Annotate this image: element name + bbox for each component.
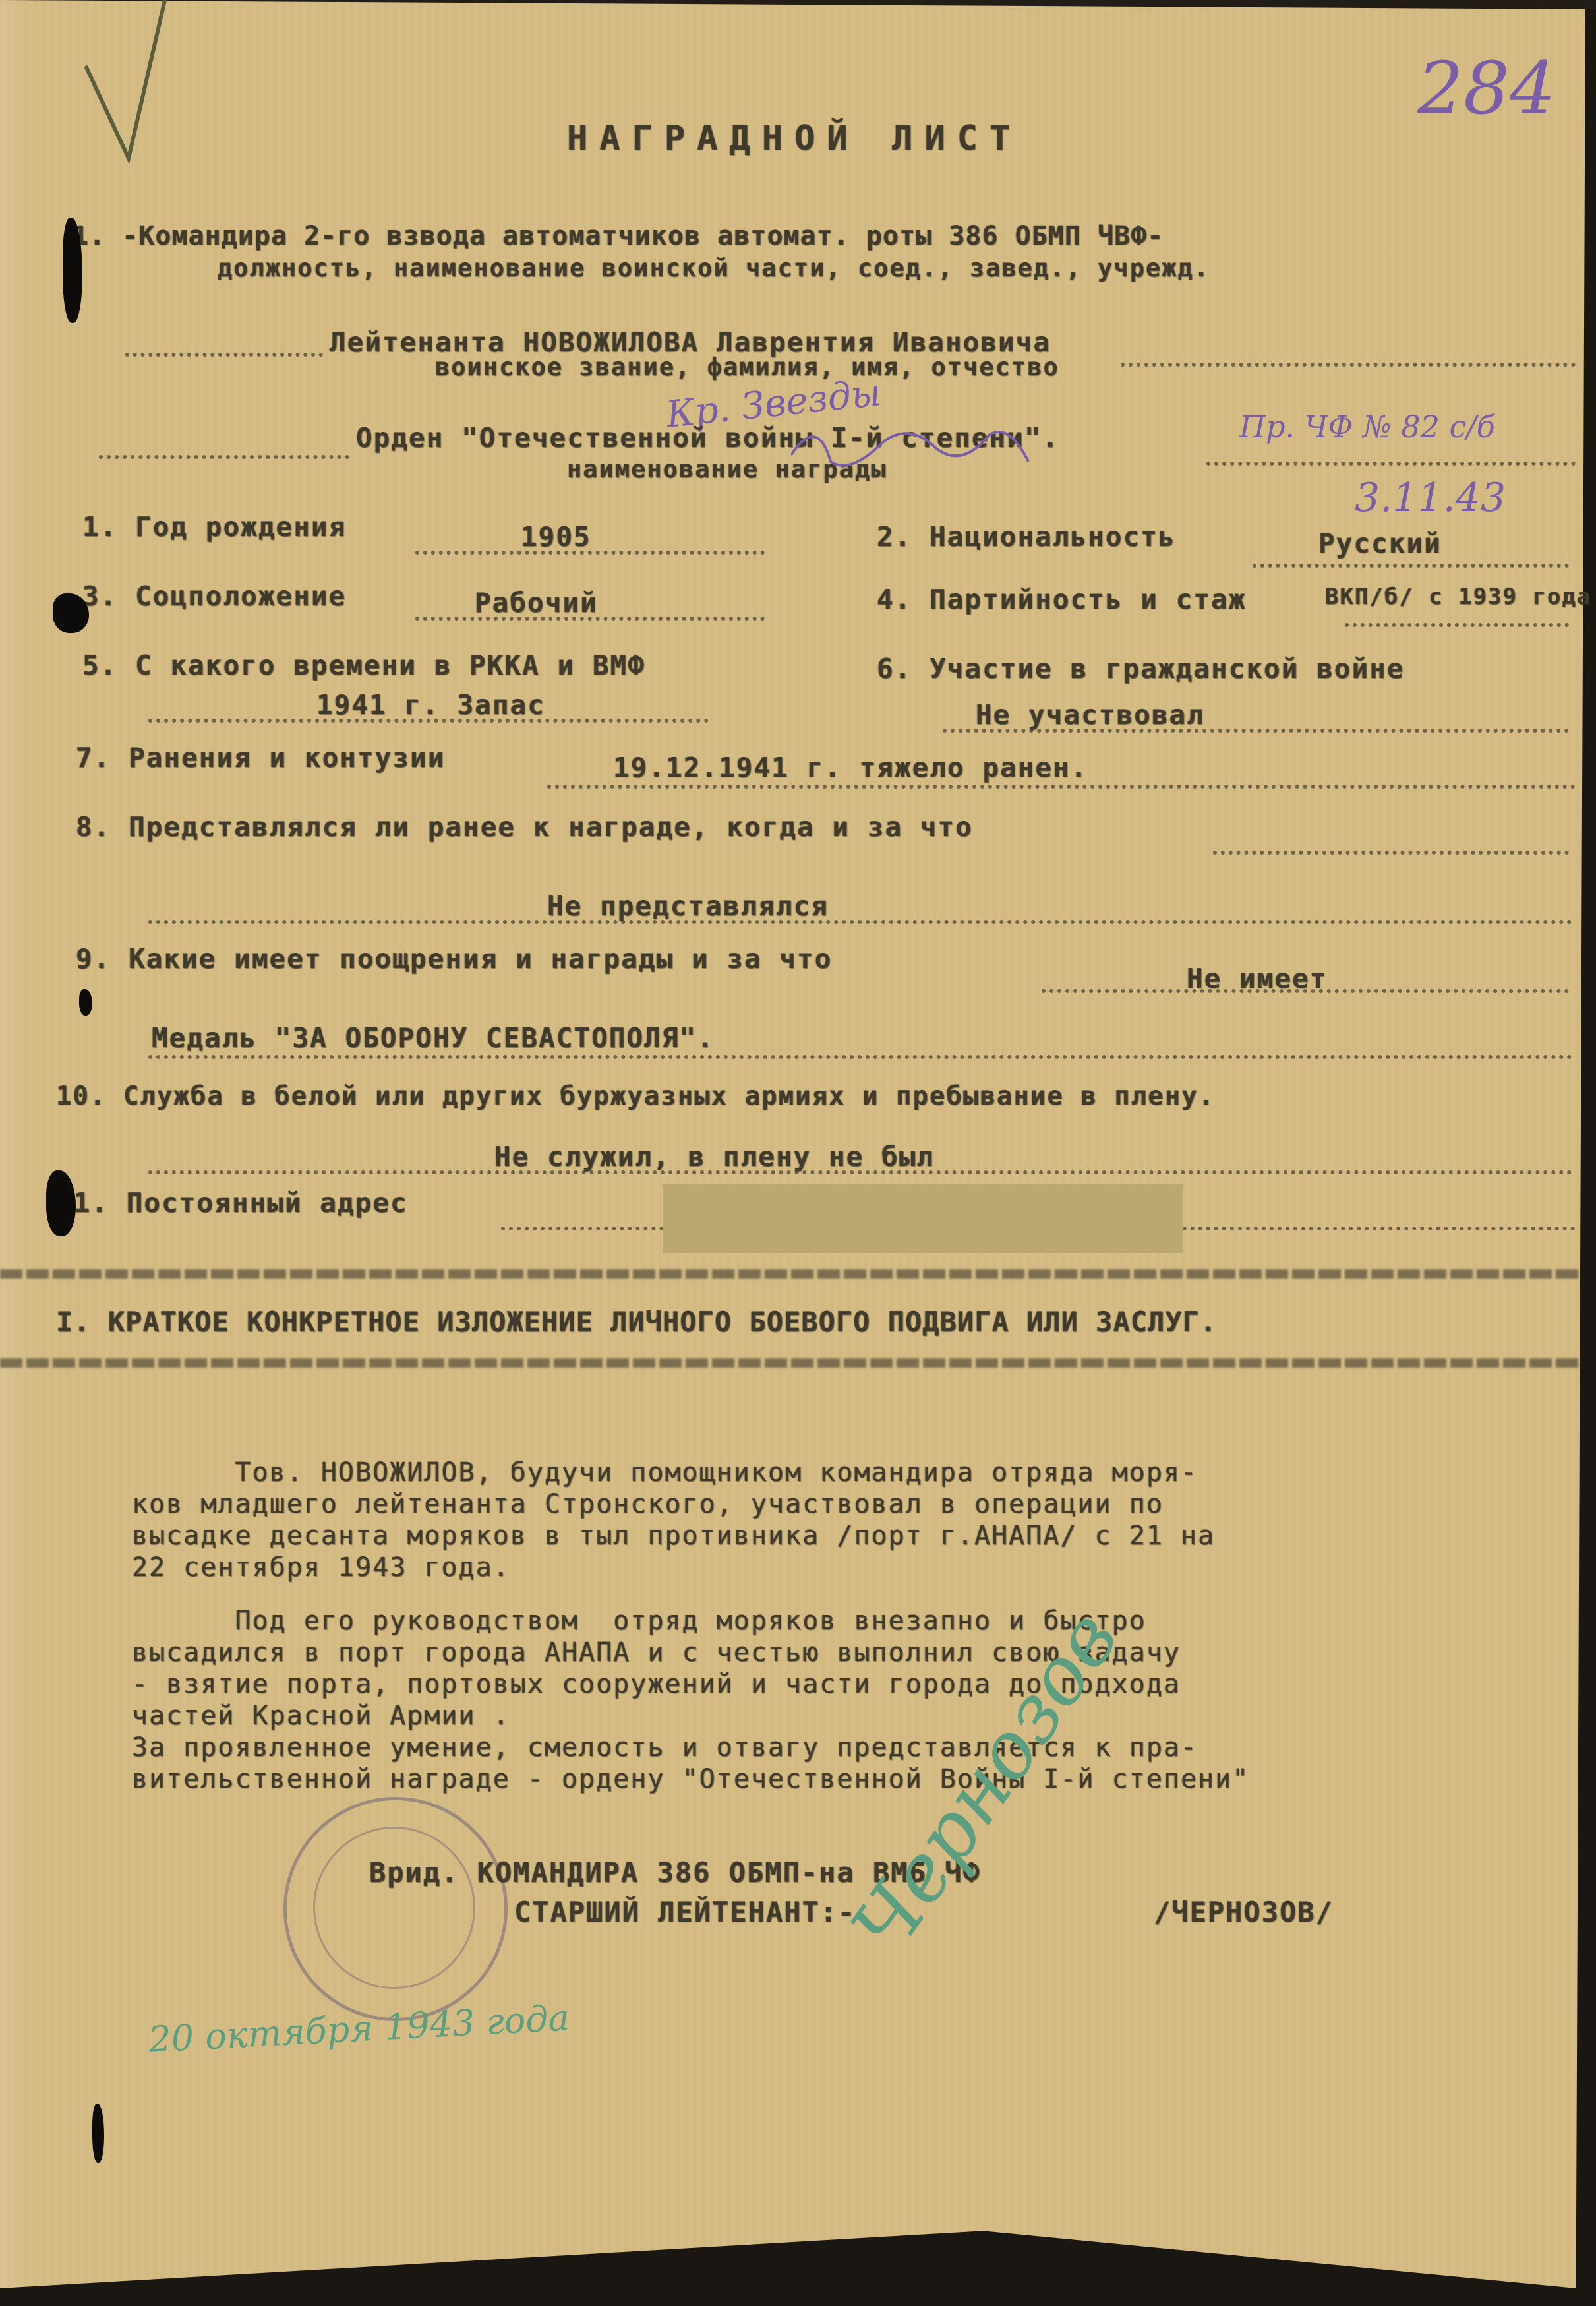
section-heading: I. КРАТКОЕ КОНКРЕТНОЕ ИЗЛОЖЕНИЕ ЛИЧНОГО … bbox=[56, 1306, 1217, 1338]
signatory-rank: СТАРШИЙ ЛЕЙТЕНАНТ:- bbox=[514, 1896, 856, 1928]
field-leader bbox=[415, 551, 765, 555]
field-leader bbox=[148, 719, 709, 723]
section-rule-top bbox=[0, 1269, 1582, 1279]
signatory-name: /ЧЕРНОЗОВ/ bbox=[1154, 1896, 1334, 1928]
award-leader-left bbox=[99, 455, 349, 459]
field-value: Не участвовал bbox=[976, 699, 1204, 731]
field-value: 1941 г. Запас bbox=[316, 689, 545, 721]
field-value: Рабочий bbox=[475, 587, 598, 619]
narrative-line: высадке десанта моряков в тыл противника… bbox=[132, 1521, 1215, 1551]
field-label: 2. Национальность bbox=[877, 521, 1176, 553]
archive-number: 284 bbox=[1417, 46, 1556, 131]
field-value: Русский bbox=[1318, 528, 1442, 559]
award-strikethrough bbox=[791, 422, 1088, 475]
field-value-medal: Медаль "ЗА ОБОРОНУ СЕВАСТОПОЛЯ". bbox=[152, 1022, 715, 1054]
field-label: 3. Соцположение bbox=[82, 580, 346, 612]
field-label: 9. Какие имеет поощрения и награды и за … bbox=[76, 943, 832, 975]
field-value: Не служил, в плену не был bbox=[494, 1141, 934, 1172]
section-rule-bottom bbox=[0, 1358, 1582, 1368]
rank-name-caption: воинское звание, фамилия, имя, отчество bbox=[435, 353, 1059, 381]
official-stamp bbox=[283, 1797, 508, 2021]
rank-name-leader-left bbox=[125, 353, 323, 357]
order-date: 3.11.43 bbox=[1355, 475, 1506, 521]
field-leader bbox=[148, 1170, 1572, 1174]
narrative-line: Под его руководством отряд моряков внеза… bbox=[132, 1606, 1146, 1636]
field-value: 19.12.1941 г. тяжело ранен. bbox=[613, 752, 1088, 783]
narrative-line: частей Красной Армии . bbox=[132, 1701, 510, 1731]
order-note: Пр. ЧФ № 82 с/б bbox=[1239, 409, 1495, 444]
field-leader bbox=[415, 617, 765, 621]
field-value: Не представлялся bbox=[547, 890, 829, 922]
narrative-line: Тов. НОВОЖИЛОВ, будучи помощником команд… bbox=[132, 1457, 1198, 1488]
field-value: ВКП/б/ с 1939 года bbox=[1325, 584, 1591, 610]
narrative-line: вительственной награде - ордену "Отечест… bbox=[132, 1764, 1249, 1794]
address-redaction bbox=[663, 1184, 1183, 1253]
field-label: 1. Год рождения bbox=[82, 511, 346, 543]
field-label: 6. Участие в гражданской войне bbox=[877, 653, 1405, 684]
field-label: 4. Партийность и стаж bbox=[877, 584, 1246, 615]
position-caption: должность, наименование воинской части, … bbox=[218, 254, 1210, 282]
field-label: 8. Представлялся ли ранее к награде, ког… bbox=[76, 811, 973, 843]
field-leader bbox=[1213, 851, 1569, 855]
field-leader bbox=[547, 785, 1576, 789]
field-leader bbox=[148, 1055, 1572, 1059]
field-leader bbox=[1042, 989, 1569, 993]
field-value: 1905 bbox=[521, 521, 591, 553]
field-leader bbox=[1345, 623, 1569, 627]
field-label: 7. Ранения и контузии bbox=[76, 742, 445, 774]
field-label: 5. С какого времени в РККА и ВМФ bbox=[82, 650, 645, 681]
field-label: 11. Постоянный адрес bbox=[56, 1187, 408, 1219]
rank-name-leader-right bbox=[1121, 363, 1576, 367]
narrative-line: 22 сентября 1943 года. bbox=[132, 1552, 510, 1583]
binding-hole bbox=[79, 989, 92, 1016]
field-label: 10. Служба в белой или других буржуазных… bbox=[56, 1081, 1215, 1111]
stamp-inner-ring bbox=[313, 1827, 475, 1989]
narrative-line: ков младшего лейтенанта Стронского, учас… bbox=[132, 1489, 1164, 1519]
checkmark-icon bbox=[73, 0, 178, 165]
document-title: НАГРАДНОЙ ЛИСТ bbox=[567, 119, 1022, 158]
award-leader-right bbox=[1206, 462, 1576, 466]
field-leader bbox=[148, 920, 1572, 924]
field-leader bbox=[943, 729, 1569, 733]
field-leader bbox=[1253, 564, 1569, 568]
position-value: 1. -Командира 2-го взвода автоматчиков а… bbox=[73, 221, 1164, 251]
